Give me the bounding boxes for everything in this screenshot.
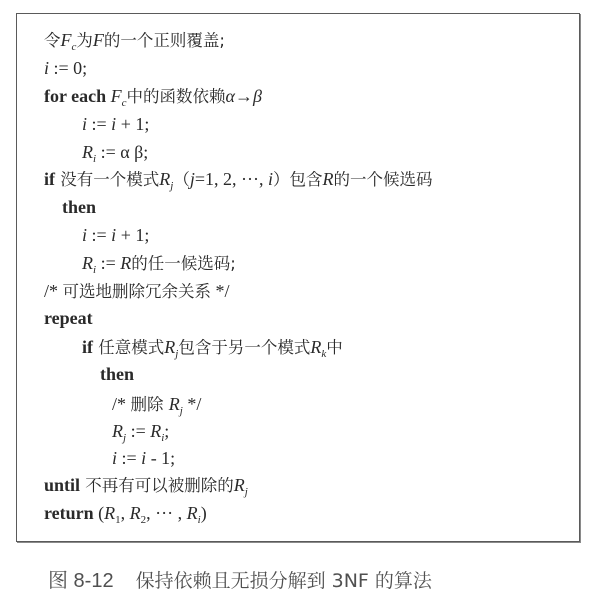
text: , ··· , <box>146 503 186 523</box>
beta: β <box>253 86 262 106</box>
text: 中的函数依赖 <box>127 87 226 106</box>
algo-line-11: repeat <box>44 307 93 329</box>
text: := 0; <box>49 58 87 78</box>
algo-line-14: /* 删除 Rj */ <box>112 393 201 415</box>
keyword-return: return <box>44 503 94 523</box>
comment-close: */ <box>183 394 202 414</box>
algo-line-2: i := 0; <box>44 57 87 79</box>
text: := <box>87 114 111 134</box>
keyword-until: until <box>44 475 80 495</box>
text: 没有一个模式 <box>55 170 159 189</box>
text: ( <box>94 503 105 523</box>
algo-line-3: for each Fc中的函数依赖α→β <box>44 85 262 107</box>
alpha: α <box>226 86 235 106</box>
text: ) <box>201 503 207 523</box>
text: 不再有可以被删除的 <box>80 476 234 495</box>
algo-line-13: then <box>100 363 134 385</box>
var-R: R <box>310 337 321 357</box>
text: := <box>96 253 120 273</box>
text: 的一个正则覆盖; <box>104 31 225 50</box>
text: + 1; <box>116 225 149 245</box>
algo-line-16: i := i - 1; <box>112 447 175 469</box>
var-R: R <box>104 503 115 523</box>
var-R: R <box>322 169 333 189</box>
text: 包含于另一个模式 <box>178 338 310 357</box>
var-R: R <box>112 421 123 441</box>
keyword-if: if <box>82 337 93 357</box>
text: （ <box>173 170 190 189</box>
text: - 1; <box>146 448 175 468</box>
keyword-if: if <box>44 169 55 189</box>
algo-line-17: until 不再有可以被删除的Rj <box>44 474 248 496</box>
algo-line-6: if 没有一个模式Rj（j=1, 2, ···, i）包含R的一个候选码 <box>44 168 432 190</box>
figure-title: 保持依赖且无损分解到 3NF 的算法 <box>136 570 432 592</box>
comment-open: /* <box>44 281 63 301</box>
comment-close: */ <box>211 281 230 301</box>
algo-line-8: i := i + 1; <box>82 224 149 246</box>
var-R: R <box>82 142 93 162</box>
text: 令 <box>44 31 61 50</box>
text: + 1; <box>116 114 149 134</box>
text: 的一个候选码 <box>333 170 432 189</box>
var-R: R <box>187 503 198 523</box>
keyword-for-each: for each <box>44 86 106 106</box>
text: := <box>126 421 150 441</box>
var-R: R <box>120 253 131 273</box>
text: := <box>117 448 141 468</box>
text: 为 <box>76 31 93 50</box>
algo-line-1: 令Fc为F的一个正则覆盖; <box>44 29 225 51</box>
var-R: R <box>169 394 180 414</box>
keyword-then: then <box>100 364 134 384</box>
keyword-repeat: repeat <box>44 308 93 328</box>
figure-number: 图 8-12 <box>48 570 114 592</box>
keyword-then: then <box>62 197 96 217</box>
var-R: R <box>130 503 141 523</box>
var-R: R <box>159 169 170 189</box>
var-R: R <box>82 253 93 273</box>
text: 中 <box>326 338 343 357</box>
algo-line-9: Ri := R的任一候选码; <box>82 252 236 274</box>
var-F: F <box>61 30 72 50</box>
var-R: R <box>150 421 161 441</box>
algo-line-4: i := i + 1; <box>82 113 149 135</box>
arrow-icon: → <box>235 86 253 106</box>
text: =1, 2, ···, <box>195 169 268 189</box>
subscript: j <box>245 486 248 498</box>
figure-caption: 图 8-12保持依赖且无损分解到 3NF 的算法 <box>48 568 432 594</box>
algo-line-12: if 任意模式Rj包含于另一个模式Rk中 <box>82 336 343 358</box>
text: := α β; <box>96 142 148 162</box>
var-F: F <box>111 86 122 106</box>
text: ）包含 <box>273 170 323 189</box>
text: 任意模式 <box>93 338 164 357</box>
text: ; <box>164 421 169 441</box>
algo-line-18: return (R1, R2, ··· , Ri) <box>44 502 207 524</box>
var-R: R <box>164 337 175 357</box>
comment-text: 删除 <box>131 395 169 414</box>
var-R: R <box>234 475 245 495</box>
algo-line-10: /* 可选地删除冗余关系 */ <box>44 280 230 302</box>
var-F: F <box>93 30 104 50</box>
text: 的任一候选码; <box>131 254 236 273</box>
comment-text: 可选地删除冗余关系 <box>63 282 212 301</box>
text: := <box>87 225 111 245</box>
text: , <box>121 503 130 523</box>
comment-open: /* <box>112 394 131 414</box>
algo-line-15: Rj := Ri; <box>112 420 169 442</box>
algo-line-5: Ri := α β; <box>82 141 148 163</box>
algo-line-7: then <box>62 196 96 218</box>
